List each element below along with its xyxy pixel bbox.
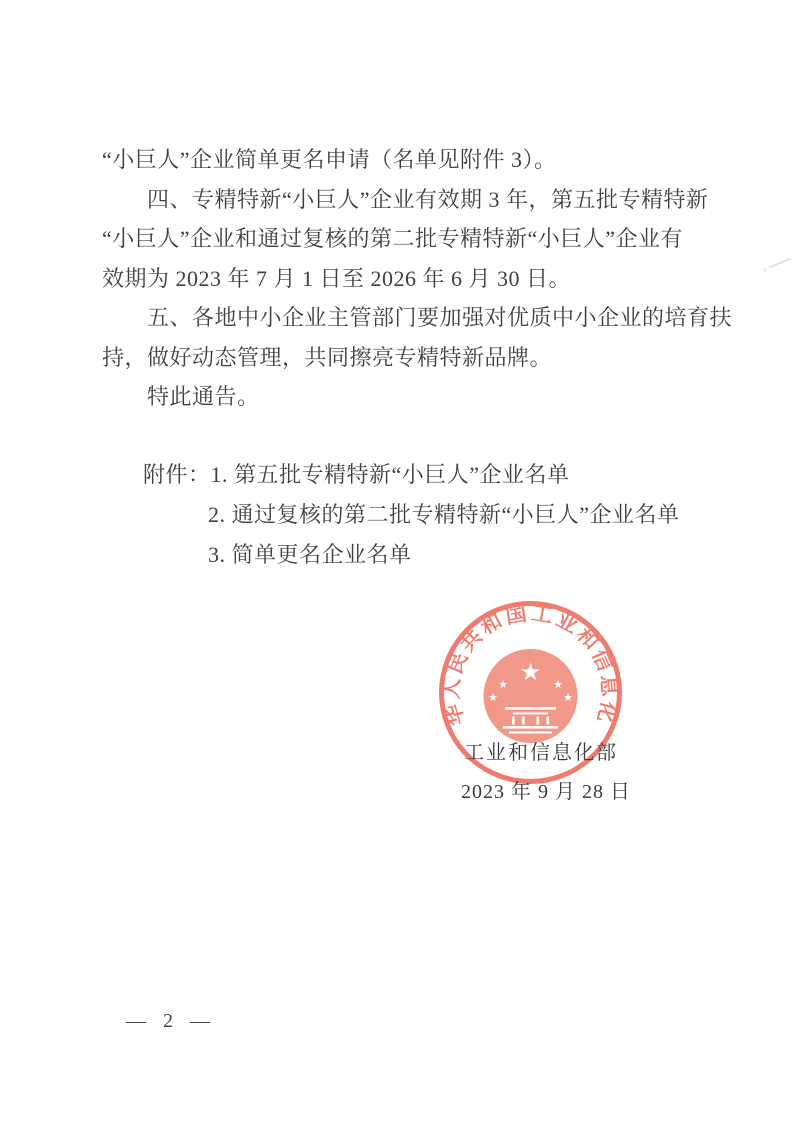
- signature-org: 工业和信息化部: [464, 736, 684, 765]
- notice-body: “小巨人”企业简单更名申请（名单见附件 3）。 四、专精特新“小巨人”企业有效期…: [102, 140, 742, 417]
- attachments-list: 附件：1. 第五批专精特新“小巨人”企业名单 2. 通过复核的第二批专精特新“小…: [143, 455, 680, 575]
- attachment-item: 1. 第五批专精特新“小巨人”企业名单: [211, 462, 570, 487]
- signature-date: 2023 年 9 月 28 日: [461, 775, 681, 804]
- attachment-item: 3. 简单更名企业名单: [143, 535, 680, 575]
- emblem-small-star-icon: ★: [563, 692, 573, 704]
- emblem-small-star-icon: ★: [553, 679, 563, 691]
- body-line: 持，做好动态管理，共同擦亮专精特新品牌。: [102, 338, 742, 378]
- body-line: 特此通告。: [102, 377, 742, 417]
- page-number: — 2 —: [126, 1010, 212, 1033]
- national-emblem-icon: ★ ★ ★ ★ ★: [484, 649, 578, 743]
- emblem-small-star-icon: ★: [488, 692, 498, 704]
- emblem-big-star-icon: ★: [520, 660, 542, 686]
- document-page: “小巨人”企业简单更名申请（名单见附件 3）。 四、专精特新“小巨人”企业有效期…: [0, 0, 800, 1131]
- body-line: “小巨人”企业简单更名申请（名单见附件 3）。: [102, 140, 742, 180]
- attachment-item: 2. 通过复核的第二批专精特新“小巨人”企业名单: [143, 495, 680, 535]
- body-line: 五、各地中小企业主管部门要加强对优质中小企业的培育扶: [102, 298, 742, 338]
- attachment-row: 附件：1. 第五批专精特新“小巨人”企业名单: [143, 455, 680, 495]
- emblem-small-star-icon: ★: [498, 679, 508, 691]
- body-line: 效期为 2023 年 7 月 1 日至 2026 年 6 月 30 日。: [102, 259, 742, 299]
- scan-artifact: [769, 258, 792, 268]
- body-line: “小巨人”企业和通过复核的第二批专精特新“小巨人”企业有: [102, 219, 742, 259]
- body-line: 四、专精特新“小巨人”企业有效期 3 年，第五批专精特新: [102, 180, 742, 220]
- scan-artifact: [763, 268, 767, 272]
- attachments-label: 附件：: [143, 462, 211, 487]
